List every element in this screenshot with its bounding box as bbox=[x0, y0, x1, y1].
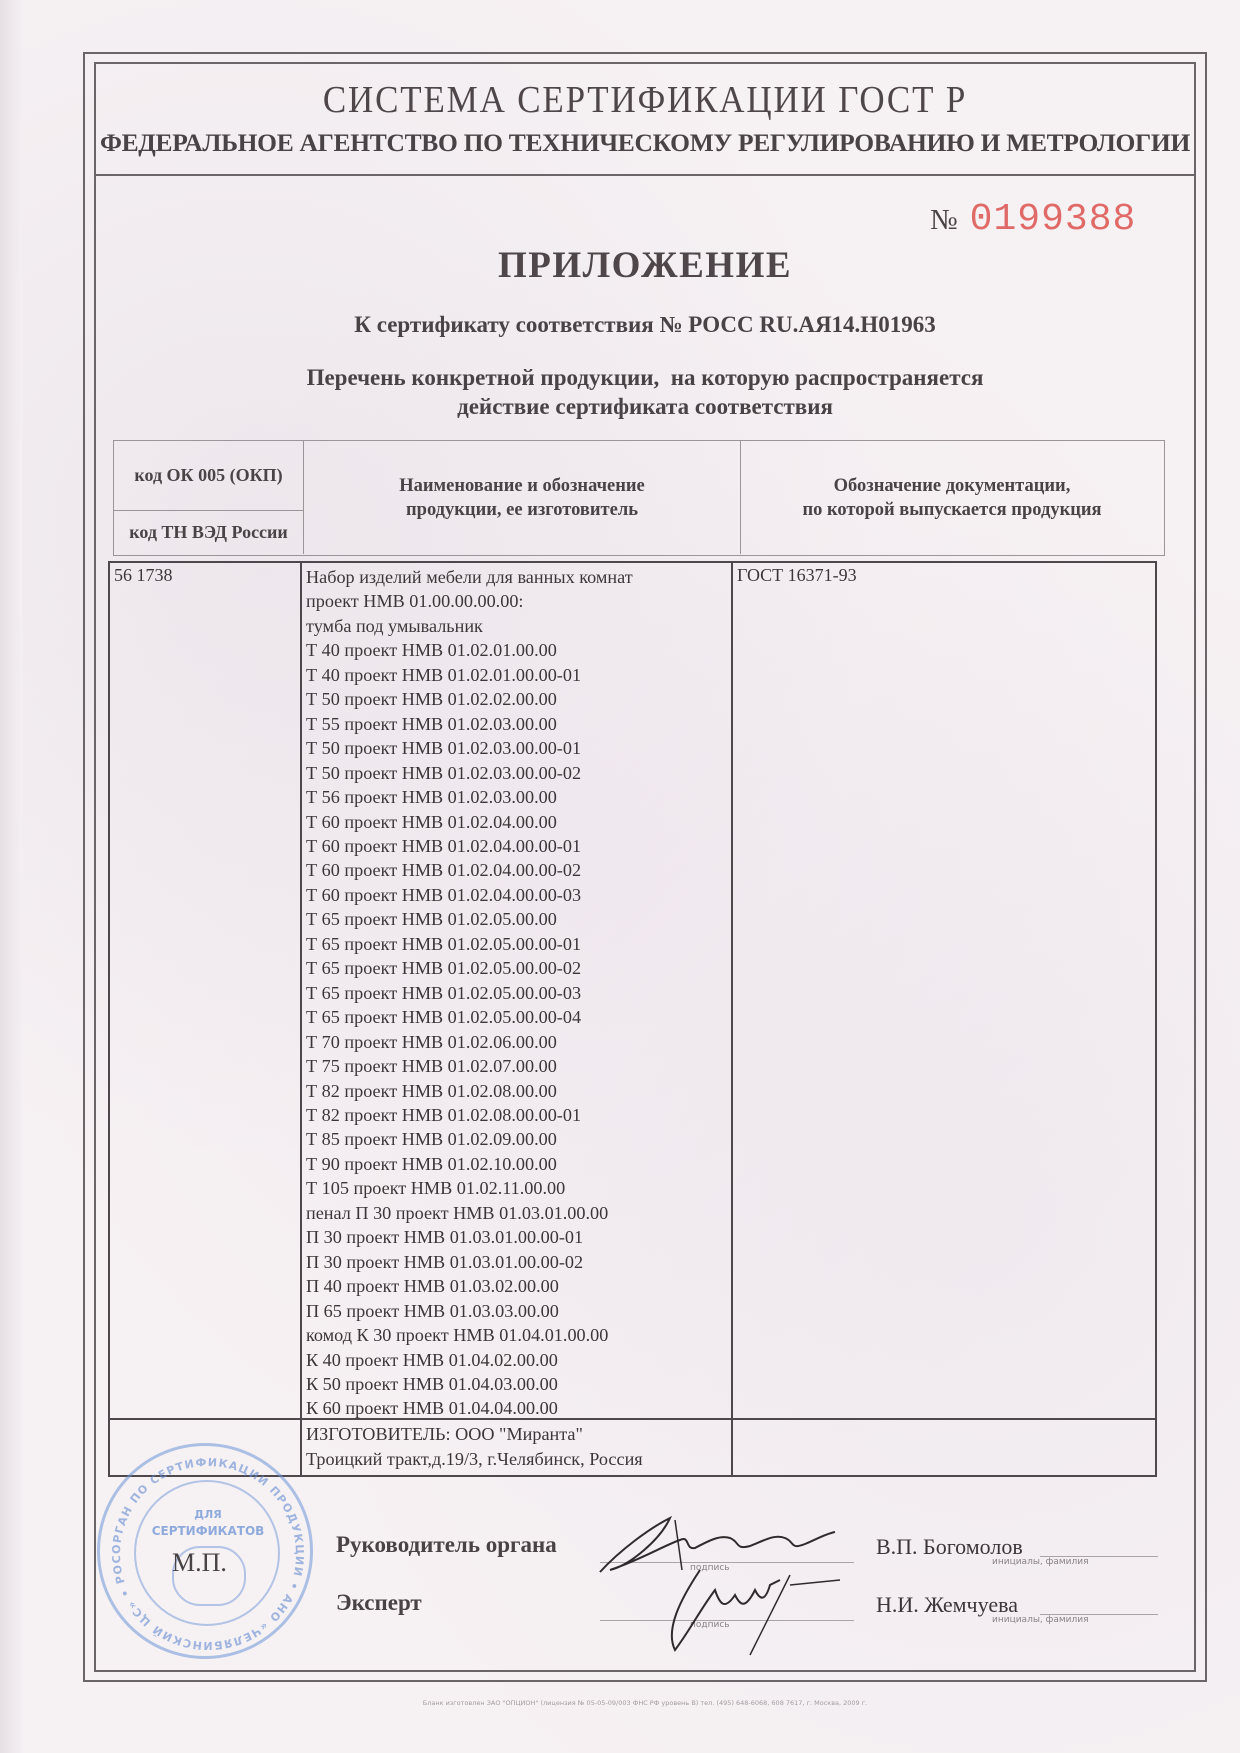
product-list-item: Т 65 проект НМВ 01.02.05.00.00-04 bbox=[306, 1005, 726, 1029]
scan-edge bbox=[0, 0, 22, 1753]
product-list-item: Т 56 проект НМВ 01.02.03.00.00 bbox=[306, 785, 726, 809]
manufacturer-cell: ИЗГОТОВИТЕЛЬ: ООО "Миранта" Троицкий тра… bbox=[306, 1422, 643, 1471]
page-title: ПРИЛОЖЕНИЕ bbox=[94, 244, 1196, 287]
list-title-line2: действие сертификата соответствия bbox=[94, 392, 1196, 421]
product-list-item: Т 65 проект НМВ 01.02.05.00.00 bbox=[306, 907, 726, 931]
certificate-reference: К сертификату соответствия № РОСС RU.АЯ1… bbox=[94, 312, 1196, 338]
product-list-item: Т 50 проект НМВ 01.02.03.00.00-02 bbox=[306, 761, 726, 785]
product-list-item: Т 60 проект НМВ 01.02.04.00.00 bbox=[306, 810, 726, 834]
product-list-item: проект НМВ 01.00.00.00.00: bbox=[306, 589, 726, 613]
document-cell: ГОСТ 16371-93 bbox=[737, 565, 857, 586]
manufacturer-address: Троицкий тракт,д.19/3, г.Челябинск, Росс… bbox=[306, 1447, 643, 1472]
seal-place-label: М.П. bbox=[172, 1548, 227, 1578]
product-list-item: П 65 проект НМВ 01.03.03.00.00 bbox=[306, 1299, 726, 1323]
header-code-okp: код ОК 005 (ОКП) bbox=[114, 441, 303, 511]
header-product-line1: Наименование и обозначение bbox=[399, 474, 645, 498]
product-list-cell: Набор изделий мебели для ванных комнатпр… bbox=[306, 565, 726, 1421]
agency-title: ФЕДЕРАЛЬНОЕ АГЕНТСТВО ПО ТЕХНИЧЕСКОМУ РЕ… bbox=[94, 128, 1196, 158]
number-sign: № bbox=[930, 204, 958, 236]
product-list-item: тумба под умывальник bbox=[306, 614, 726, 638]
head-name-caption: инициалы, фамилия bbox=[992, 1557, 1089, 1567]
product-list-item: Т 55 проект НМВ 01.02.03.00.00 bbox=[306, 712, 726, 736]
product-list-item: Т 70 проект НМВ 01.02.06.00.00 bbox=[306, 1030, 726, 1054]
header-doc-line2: по которой выпускается продукция bbox=[802, 498, 1101, 522]
product-code-cell: 56 1738 bbox=[114, 565, 173, 586]
header-divider bbox=[94, 174, 1196, 176]
product-list-item: Т 90 проект НМВ 01.02.10.00.00 bbox=[306, 1152, 726, 1176]
product-list-item: комод К 30 проект НМВ 01.04.01.00.00 bbox=[306, 1323, 726, 1347]
header-doc-line1: Обозначение документации, bbox=[802, 474, 1101, 498]
product-list-item: Т 50 проект НМВ 01.02.03.00.00-01 bbox=[306, 736, 726, 760]
form-number: №0199388 bbox=[930, 198, 1136, 241]
product-list-item: Т 60 проект НМВ 01.02.04.00.00-02 bbox=[306, 858, 726, 882]
table-header: код ОК 005 (ОКП) код ТН ВЭД России Наиме… bbox=[113, 440, 1165, 556]
product-list-item: П 30 проект НМВ 01.03.01.00.00-01 bbox=[306, 1225, 726, 1249]
product-list-item: К 50 проект НМВ 01.04.03.00.00 bbox=[306, 1372, 726, 1396]
printer-footer-note: Бланк изготовлен ЗАО "ОПЦИОН" (лицензия … bbox=[94, 1699, 1196, 1707]
stamp-text-line1: ДЛЯ bbox=[100, 1508, 316, 1521]
product-list-item: Т 60 проект НМВ 01.02.04.00.00-01 bbox=[306, 834, 726, 858]
expert-signature-icon bbox=[640, 1560, 880, 1660]
product-list-item: Т 85 проект НМВ 01.02.09.00.00 bbox=[306, 1127, 726, 1151]
header-product-line2: продукции, ее изготовитель bbox=[399, 498, 645, 522]
header-code-tnved: код ТН ВЭД России bbox=[114, 511, 303, 554]
form-number-value: 0199388 bbox=[970, 198, 1137, 241]
product-list-item: Т 82 проект НМВ 01.02.08.00.00-01 bbox=[306, 1103, 726, 1127]
product-list-item: П 40 проект НМВ 01.03.02.00.00 bbox=[306, 1274, 726, 1298]
product-list-item: Т 105 проект НМВ 01.02.11.00.00 bbox=[306, 1176, 726, 1200]
product-list-item: К 40 проект НМВ 01.04.02.00.00 bbox=[306, 1348, 726, 1372]
product-list-item: пенал П 30 проект НМВ 01.03.01.00.00 bbox=[306, 1201, 726, 1225]
expert-name-caption: инициалы, фамилия bbox=[992, 1615, 1089, 1625]
column-divider bbox=[731, 563, 733, 1475]
product-list-item: Т 50 проект НМВ 01.02.02.00.00 bbox=[306, 687, 726, 711]
product-list-item: Набор изделий мебели для ванных комнат bbox=[306, 565, 726, 589]
table-body: 56 1738 Набор изделий мебели для ванных … bbox=[108, 561, 1157, 1477]
expert-role-label: Эксперт bbox=[336, 1590, 422, 1616]
product-list-item: Т 65 проект НМВ 01.02.05.00.00-02 bbox=[306, 956, 726, 980]
column-divider bbox=[300, 563, 302, 1475]
product-list-item: П 30 проект НМВ 01.03.01.00.00-02 bbox=[306, 1250, 726, 1274]
product-list-item: Т 60 проект НМВ 01.02.04.00.00-03 bbox=[306, 883, 726, 907]
product-list-item: Т 75 проект НМВ 01.02.07.00.00 bbox=[306, 1054, 726, 1078]
product-list-item: Т 40 проект НМВ 01.02.01.00.00-01 bbox=[306, 663, 726, 687]
product-list-item: Т 40 проект НМВ 01.02.01.00.00 bbox=[306, 638, 726, 662]
manufacturer-name: ИЗГОТОВИТЕЛЬ: ООО "Миранта" bbox=[306, 1422, 643, 1447]
stamp-text-line2: СЕРТИФИКАТОВ bbox=[100, 1524, 316, 1538]
list-title: Перечень конкретной продукции, на котору… bbox=[94, 363, 1196, 421]
head-role-label: Руководитель органа bbox=[336, 1532, 557, 1558]
product-list-item: Т 82 проект НМВ 01.02.08.00.00 bbox=[306, 1079, 726, 1103]
product-list-item: Т 65 проект НМВ 01.02.05.00.00-03 bbox=[306, 981, 726, 1005]
list-title-line1: Перечень конкретной продукции, на котору… bbox=[94, 363, 1196, 392]
system-title: СИСТЕМА СЕРТИФИКАЦИИ ГОСТ Р bbox=[138, 78, 1152, 122]
header-documentation: Обозначение документации, по которой вып… bbox=[741, 441, 1163, 554]
product-list-item: Т 65 проект НМВ 01.02.05.00.00-01 bbox=[306, 932, 726, 956]
header-codes-column: код ОК 005 (ОКП) код ТН ВЭД России bbox=[114, 441, 304, 554]
product-list-item: К 60 проект НМВ 01.04.04.00.00 bbox=[306, 1396, 726, 1420]
header-product-name: Наименование и обозначение продукции, ее… bbox=[304, 441, 741, 554]
